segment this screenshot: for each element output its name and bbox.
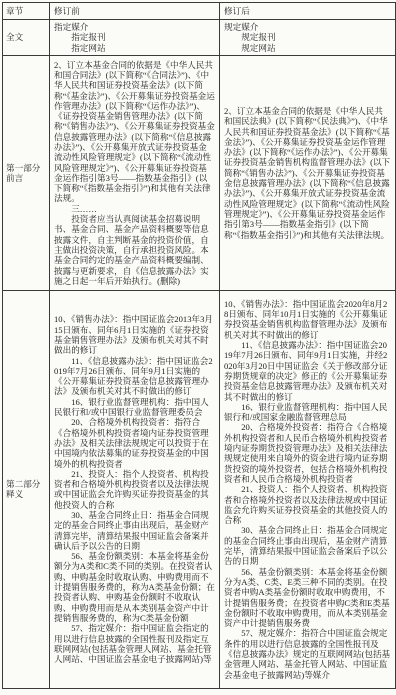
paragraph: 2、订立本基金合同的依据是《中华人民共和国合同法》(以下简称“《合同法》”)、《… <box>54 60 215 204</box>
before-cell: 2、订立本基金合同的依据是《中华人民共和国合同法》(以下简称“《合同法》”)、《… <box>50 55 220 290</box>
paragraph: 三…… <box>54 204 215 214</box>
paragraph: 56、基金份额类别：本基金将基金份额分为A类和C类不同的类别。在投资者认购、申购… <box>54 551 215 623</box>
paragraph: 57、规定媒介：指符合中国证监会规定条件的用以进行信息披露的全国性报刊及《信息披… <box>224 628 391 679</box>
paragraph: 指定媒介 <box>54 22 215 32</box>
column-header-after: 修订后 <box>220 3 396 20</box>
table-row-definitions: 第二部分 释义 10、《销售办法》：指中国证监会2013年3月15日颁布、同年6… <box>3 290 396 688</box>
paragraph: 16、银行业监督管理机构：指中国人民银行和/或国家金融监督管理总局 <box>224 402 391 423</box>
section-label: 第一部分 前言 <box>3 55 50 290</box>
paragraph: 56、基金份额类别：本基金将基金份额分为A类、C类、E类三种不同的类别。在投资者… <box>224 567 391 629</box>
section-label: 全文 <box>3 20 50 56</box>
paragraph: 21、投资人：指个人投资者、机构投资者和合格境外机构投资者以及法律法规或中国证监… <box>54 469 215 510</box>
paragraph: 11、《信息披露办法》：指中国证监会2019年7月26日颁布、同年9月1日实施的… <box>54 356 215 397</box>
paragraph: 规定媒介 <box>224 22 391 32</box>
after-cell: 规定媒介 规定报刊 规定网站 <box>220 20 396 56</box>
paragraph: 指定网站 <box>54 43 215 53</box>
paragraph: 21、投资人：指个人投资者、机构投资者和合格境外投资者以及法律法规或中国证监会允… <box>224 484 391 525</box>
paragraph: 20、合格境外机构投资者：指符合《合格境外机构投资者境内证券投资管理办法》及相关… <box>54 417 215 468</box>
column-header-section: 章节 <box>3 3 50 20</box>
table-header-row: 章节 修订前 修订后 <box>3 3 396 20</box>
before-cell: 指定媒介 指定报刊 指定网站 <box>50 20 220 56</box>
paragraph: 指定报刊 <box>54 32 215 42</box>
column-header-before: 修订前 <box>50 3 220 20</box>
paragraph: 投资者应当认真阅读基金招募说明书、基金合同、基金产品资料概要等信息披露文件，自主… <box>54 214 215 286</box>
paragraph: 57、指定媒介：指中国证监会指定的用以进行信息披露的全国性报刊及指定互联网网站(… <box>54 623 215 664</box>
paragraph: 规定报刊 <box>224 32 391 42</box>
section-label: 第二部分 释义 <box>3 290 50 688</box>
paragraph: 10、《销售办法》：指中国证监会2013年3月15日颁布、同年6月1日实施的《证… <box>54 314 215 355</box>
table-row-preface: 第一部分 前言 2、订立本基金合同的依据是《中华人民共和国合同法》(以下简称“《… <box>3 55 396 290</box>
paragraph: 30、基金合同终止日：指基金合同规定的基金合同终止事由出现后，基金财产清算完毕，… <box>54 510 215 551</box>
before-cell: 10、《销售办法》：指中国证监会2013年3月15日颁布、同年6月1日实施的《证… <box>50 290 220 688</box>
paragraph: 30、基金合同终止日：指基金合同规定的基金合同终止事由出现后，基金财产清算完毕，… <box>224 525 391 566</box>
paragraph: 2、订立本基金合同的依据是《中华人民共和国民法典》(以下简称“《民法典》”)、《… <box>224 106 391 240</box>
paragraph: 10、《销售办法》：指中国证监会2020年8月28日颁布、同年10月1日实施的《… <box>224 299 391 340</box>
revision-comparison-table: 章节 修订前 修订后 全文 指定媒介 指定报刊 指定网站 规定媒介 规定报刊 规… <box>2 2 396 689</box>
paragraph: 16、银行业监督管理机构：指中国人民银行和/或中国银行业监督管理委员会 <box>54 397 215 418</box>
after-cell: 2、订立本基金合同的依据是《中华人民共和国民法典》(以下简称“《民法典》”)、《… <box>220 55 396 290</box>
table-row-fulltext: 全文 指定媒介 指定报刊 指定网站 规定媒介 规定报刊 规定网站 <box>3 20 396 56</box>
paragraph: 20、合格境外投资者：指符合《合格境外机构投资者和人民币合格境外机构投资者境内证… <box>224 422 391 484</box>
paragraph: 11、《信息披露办法》：指中国证监会2019年7月26日颁布、同年9月1日实施，… <box>224 340 391 402</box>
paragraph: 规定网站 <box>224 43 391 53</box>
after-cell: 10、《销售办法》：指中国证监会2020年8月28日颁布、同年10月1日实施的《… <box>220 290 396 688</box>
